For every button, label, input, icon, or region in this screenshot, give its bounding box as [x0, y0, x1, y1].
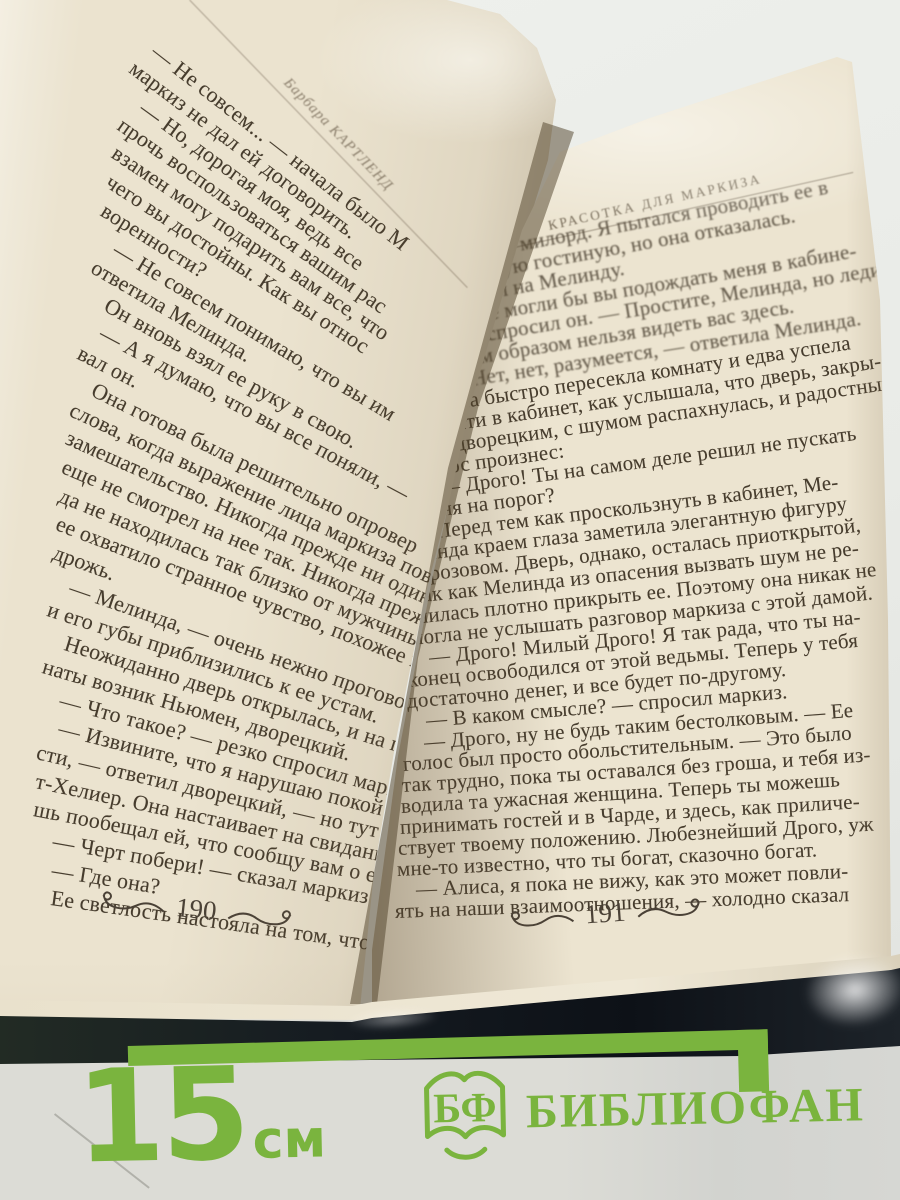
publisher-name: БИБЛИОФАН — [525, 1077, 865, 1139]
publisher-logo: БФ БИБЛИОФАН — [419, 1053, 866, 1164]
right-page-number-value: 191 — [584, 897, 627, 931]
publisher-monogram: БФ — [433, 1085, 497, 1132]
flourish-icon — [225, 902, 297, 931]
left-page-number-value: 190 — [174, 892, 218, 927]
photo-stage: — Не совсем... — начала было Ммаркиз не … — [0, 0, 900, 1200]
ruler-unit-label: см — [252, 1109, 327, 1171]
ruler-length-value: 15 — [74, 1040, 247, 1193]
flourish-icon — [504, 905, 575, 932]
ruler-length-label: 15см — [75, 1049, 327, 1182]
open-book-icon: БФ — [419, 1061, 511, 1165]
flourish-icon — [635, 896, 706, 923]
flourish-icon — [95, 888, 167, 917]
